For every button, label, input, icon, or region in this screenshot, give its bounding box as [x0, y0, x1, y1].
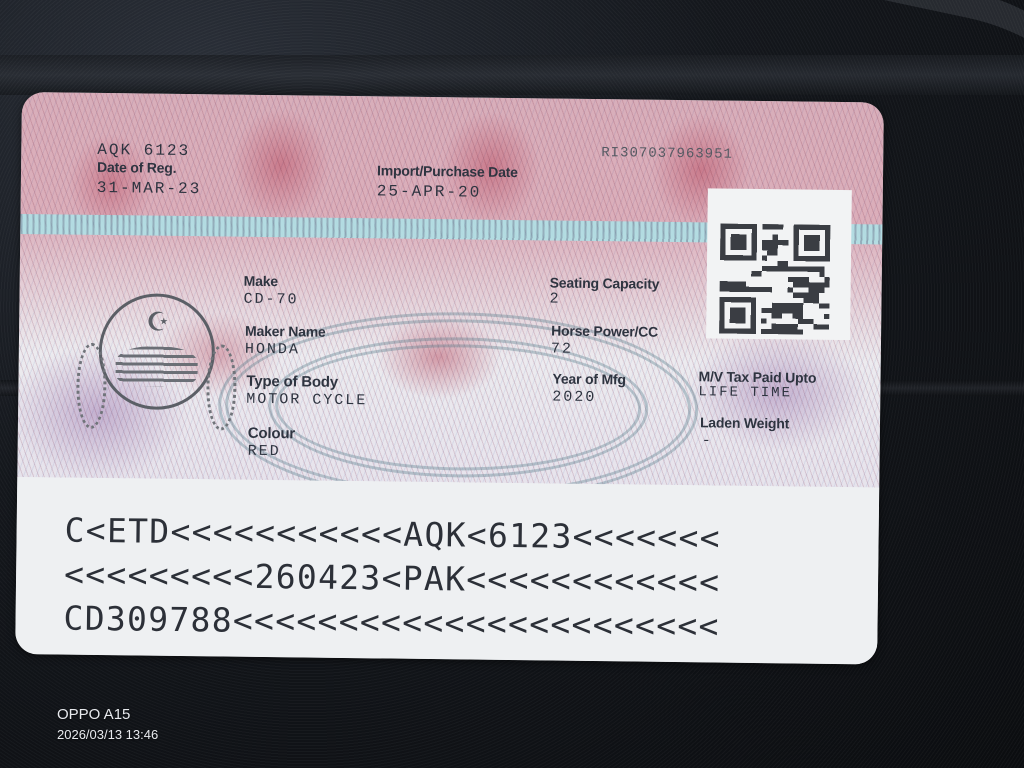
colour-label: Colour — [248, 425, 295, 443]
mrz-line-3: CD309788<<<<<<<<<<<<<<<<<<<<<<< — [63, 599, 720, 646]
maker-name-label: Maker Name — [245, 323, 326, 340]
serial-number: RI307037963951 — [601, 145, 733, 163]
mrz-line-1: C<ETD<<<<<<<<<<<AQK<6123<<<<<<< — [64, 511, 721, 558]
type-of-body-label: Type of Body — [246, 373, 338, 391]
vehicle-registration-card: AQK 6123 Date of Reg. 31-MAR-23 Import/P… — [15, 92, 884, 664]
camera-device-watermark: OPPO A15 — [57, 706, 130, 723]
date-of-reg-label: Date of Reg. — [97, 159, 176, 176]
crescent-star-icon: ☪ — [146, 307, 170, 338]
make-value: CD-70 — [243, 291, 298, 309]
date-of-reg-value: 31-MAR-23 — [97, 179, 202, 198]
tax-paid-label: M/V Tax Paid Upto — [698, 368, 816, 385]
seating-capacity-value: 2 — [549, 290, 560, 307]
type-of-body-value: MOTOR CYCLE — [246, 391, 367, 409]
tax-paid-value: LIFE TIME — [698, 384, 792, 401]
colour-value: RED — [248, 443, 281, 460]
year-of-mfg-label: Year of Mfg — [552, 371, 625, 388]
make-label: Make — [244, 273, 278, 289]
laden-weight-label: Laden Weight — [700, 414, 789, 431]
camera-timestamp-watermark: 2026/03/13 13:46 — [57, 727, 158, 742]
rivers-icon — [115, 346, 197, 387]
mrz-line-2: <<<<<<<<<260423<PAK<<<<<<<<<<<< — [64, 555, 721, 602]
horse-power-label: Horse Power/CC — [551, 322, 658, 339]
registration-number: AQK 6123 — [97, 141, 190, 160]
qr-code-icon — [719, 224, 830, 335]
year-of-mfg-value: 2020 — [552, 389, 596, 407]
seating-capacity-label: Seating Capacity — [550, 274, 660, 291]
import-date-value: 25-APR-20 — [377, 182, 482, 201]
import-date-label: Import/Purchase Date — [377, 162, 518, 180]
maker-name-value: HONDA — [245, 341, 300, 359]
qr-panel — [706, 188, 852, 340]
laden-weight-value: - — [702, 432, 713, 449]
horse-power-value: 72 — [551, 340, 573, 357]
